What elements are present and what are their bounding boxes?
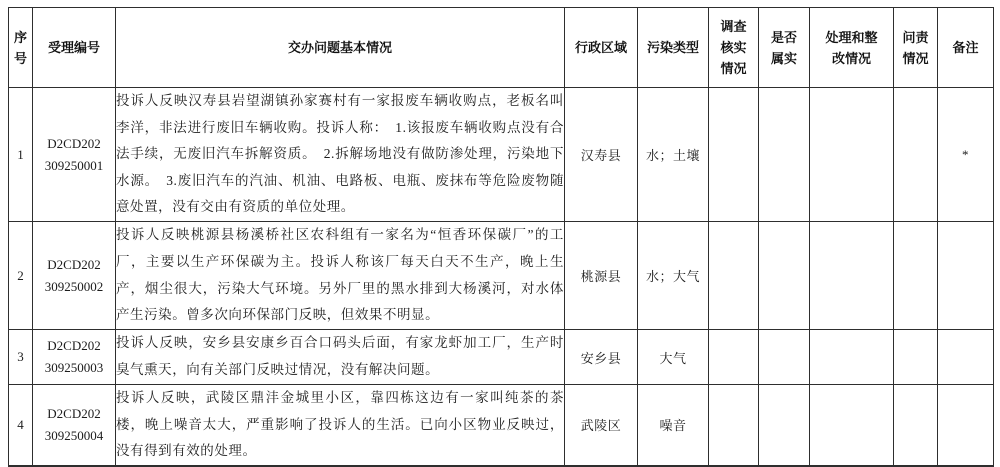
table-row: 3 D2CD202 309250003 投诉人反映，安乡县安康乡百合口码头后面，… xyxy=(9,330,994,385)
cell-handling xyxy=(810,222,894,330)
acceptance-id-line1: D2CD202 xyxy=(33,254,115,276)
cell-pollution-type: 大气 xyxy=(638,330,709,385)
header-issue-description: 交办问题基本情况 xyxy=(116,8,565,88)
cell-verified xyxy=(759,88,810,222)
cell-investigation xyxy=(709,330,759,385)
cell-serial-number: 2 xyxy=(9,222,33,330)
cell-investigation xyxy=(709,385,759,466)
cell-pollution-type: 水；大气 xyxy=(638,222,709,330)
cell-investigation xyxy=(709,88,759,222)
header-acceptance-id: 受理编号 xyxy=(33,8,116,88)
document-page: 序 号 受理编号 交办问题基本情况 行政区域 污染类型 调查 核实 情况 是否 … xyxy=(0,0,1000,467)
complaints-table: 序 号 受理编号 交办问题基本情况 行政区域 污染类型 调查 核实 情况 是否 … xyxy=(8,7,994,467)
table-row: 4 D2CD202 309250004 投诉人反映，武陵区鼎沣金城里小区，靠四栋… xyxy=(9,385,994,466)
cell-pollution-type: 噪音 xyxy=(638,385,709,466)
cell-admin-region: 武陵区 xyxy=(565,385,638,466)
acceptance-id-line2: 309250001 xyxy=(33,155,115,177)
cell-accountability xyxy=(894,385,938,466)
header-pollution-type: 污染类型 xyxy=(638,8,709,88)
cell-verified xyxy=(759,222,810,330)
cell-accountability xyxy=(894,330,938,385)
cell-accountability xyxy=(894,88,938,222)
cell-issue-description: 投诉人反映桃源县杨溪桥社区农科组有一家名为“恒香环保碳厂”的工厂，主要以生产环保… xyxy=(116,222,565,330)
header-row: 序 号 受理编号 交办问题基本情况 行政区域 污染类型 调查 核实 情况 是否 … xyxy=(9,8,994,88)
table-row: 2 D2CD202 309250002 投诉人反映桃源县杨溪桥社区农科组有一家名… xyxy=(9,222,994,330)
cell-serial-number: 3 xyxy=(9,330,33,385)
cell-serial-number: 4 xyxy=(9,385,33,466)
acceptance-id-line2: 309250003 xyxy=(33,357,115,379)
table-row: 1 D2CD202 309250001 投诉人反映汉寿县岩望湖镇孙家赛村有一家报… xyxy=(9,88,994,222)
cell-acceptance-id: D2CD202 309250003 xyxy=(33,330,116,385)
cell-pollution-type: 水；土壤 xyxy=(638,88,709,222)
cell-remarks xyxy=(938,222,994,330)
cell-admin-region: 安乡县 xyxy=(565,330,638,385)
cell-verified xyxy=(759,385,810,466)
cell-acceptance-id: D2CD202 309250001 xyxy=(33,88,116,222)
cell-serial-number: 1 xyxy=(9,88,33,222)
cell-investigation xyxy=(709,222,759,330)
header-admin-region: 行政区域 xyxy=(565,8,638,88)
header-serial-number: 序 号 xyxy=(9,8,33,88)
header-verified: 是否 属实 xyxy=(759,8,810,88)
header-accountability: 问责 情况 xyxy=(894,8,938,88)
cell-handling xyxy=(810,330,894,385)
cell-acceptance-id: D2CD202 309250004 xyxy=(33,385,116,466)
cell-accountability xyxy=(894,222,938,330)
cell-remarks xyxy=(938,385,994,466)
header-remarks: 备注 xyxy=(938,8,994,88)
cell-remarks xyxy=(938,330,994,385)
header-handling: 处理和整 改情况 xyxy=(810,8,894,88)
cell-handling xyxy=(810,385,894,466)
cell-issue-description: 投诉人反映，安乡县安康乡百合口码头后面，有家龙虾加工厂，生产时臭气熏天，向有关部… xyxy=(116,330,565,385)
cell-admin-region: 桃源县 xyxy=(565,222,638,330)
cell-handling xyxy=(810,88,894,222)
acceptance-id-line1: D2CD202 xyxy=(33,335,115,357)
cell-verified xyxy=(759,330,810,385)
cell-issue-description: 投诉人反映，武陵区鼎沣金城里小区，靠四栋这边有一家叫纯茶的茶楼，晚上噪音太大，严… xyxy=(116,385,565,466)
acceptance-id-line1: D2CD202 xyxy=(33,403,115,425)
acceptance-id-line2: 309250004 xyxy=(33,425,115,447)
cell-acceptance-id: D2CD202 309250002 xyxy=(33,222,116,330)
acceptance-id-line2: 309250002 xyxy=(33,276,115,298)
cell-admin-region: 汉寿县 xyxy=(565,88,638,222)
acceptance-id-line1: D2CD202 xyxy=(33,133,115,155)
cell-remarks: * xyxy=(938,88,994,222)
header-investigation: 调查 核实 情况 xyxy=(709,8,759,88)
cell-issue-description: 投诉人反映汉寿县岩望湖镇孙家赛村有一家报废车辆收购点，老板名叫李洋，非法进行废旧… xyxy=(116,88,565,222)
